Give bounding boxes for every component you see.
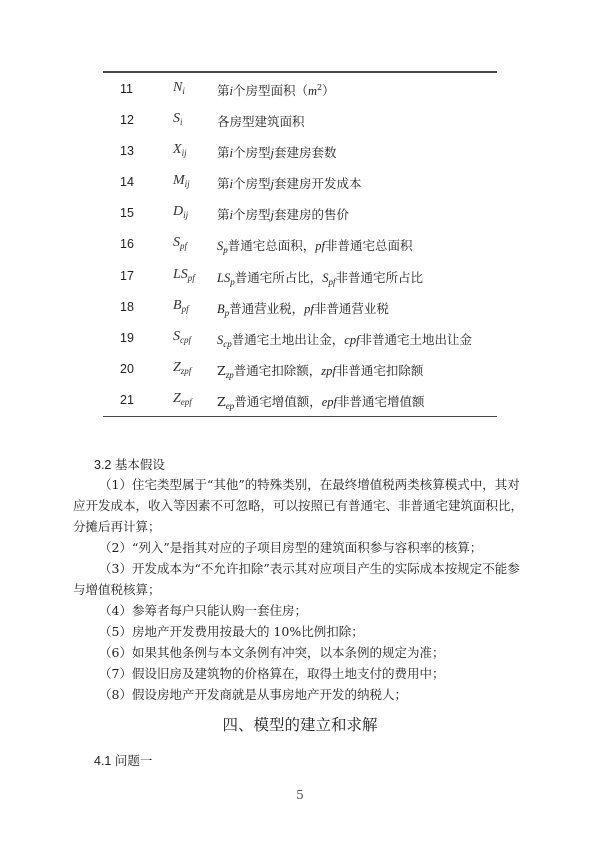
assumption-5: （5）房地产开发费用按最大的 10%比例扣除；	[73, 621, 529, 642]
symbol-base: D	[173, 204, 183, 219]
assumption-6: （6）如果其他条例与本文条例有冲突，以本条例的规定为准；	[73, 642, 529, 663]
symbol-description: Sp普通宅总面积，pf非普通宅总面积	[217, 236, 413, 256]
table-row: 16SpfSp普通宅总面积，pf非普通宅总面积	[103, 228, 497, 259]
symbol: Mij	[173, 173, 190, 189]
symbol-description: Bp普通营业税，pf非普通营业税	[217, 299, 389, 319]
symbol-subscript: pf	[180, 241, 187, 251]
symbol-subscript: ij	[182, 148, 187, 158]
symbol: Spf	[173, 235, 187, 251]
symbol-description: 第i个房型j套建房开发成本	[217, 174, 362, 192]
table-row: 17LSpfLSp普通宅所占比，Spf非普通宅所占比	[103, 260, 497, 291]
symbol-subscript: pf	[188, 273, 195, 283]
row-number: 17	[120, 269, 134, 283]
row-number: 21	[120, 393, 134, 407]
table-row: 20ZzpfZzp普通宅扣除额，zpf非普通宅扣除额	[103, 353, 497, 384]
symbol-description: Scp普通宅土地出让金，cpf非普通宅土地出让金	[217, 330, 472, 350]
symbol-base: S	[173, 329, 180, 344]
symbol-base: M	[173, 173, 185, 188]
symbol: Si	[173, 111, 183, 127]
row-number: 15	[120, 206, 134, 220]
assumption-2: （2）“列入”是指其对应的子项目房型的建筑面积参与容积率的核算；	[73, 537, 529, 558]
row-number: 19	[120, 331, 134, 345]
symbol: Zepf	[173, 391, 192, 407]
row-number: 11	[120, 82, 133, 96]
assumption-3: （3）开发成本为“不允许扣除”表示其对应项目产生的实际成本按规定不能参与增值税核…	[73, 558, 529, 600]
table-row: 19ScpfScp普通宅土地出让金，cpf非普通宅土地出让金	[103, 322, 497, 353]
symbol-description: 第i个房型面积（m2）	[217, 81, 335, 99]
assumption-1: （1）住宅类型属于“其他”的特殊类别，在最终增值税两类核算模式中，其对应开发成本…	[73, 474, 529, 537]
symbol-description: 各房型建筑面积	[217, 112, 305, 130]
row-number: 13	[120, 144, 134, 158]
table-row: 18BpfBp普通营业税，pf非普通营业税	[103, 291, 497, 322]
row-number: 12	[120, 113, 134, 127]
chapter-title: 四、模型的建立和求解	[0, 713, 600, 735]
symbol: Bpf	[173, 298, 189, 314]
symbol-base: Z	[173, 360, 181, 375]
symbol-description: Zzp普通宅扣除额，zpf非普通宅扣除额	[217, 361, 423, 381]
row-number: 18	[120, 300, 134, 314]
symbol-subscript: cpf	[180, 335, 191, 345]
table-row: 15Dij第i个房型j套建房的售价	[103, 197, 497, 228]
symbol-table: 11Ni第i个房型面积（m2）12Si各房型建筑面积13Xij第i个房型j套建房…	[103, 71, 497, 417]
symbol-description: 第i个房型j套建房套数	[217, 143, 337, 161]
page-number: 5	[0, 787, 600, 802]
symbol-subscript: epf	[181, 397, 192, 407]
symbol-base: LS	[173, 267, 188, 282]
symbol-subscript: ij	[185, 179, 190, 189]
assumption-4: （4）参筹者每户只能认购一套住房；	[73, 600, 529, 621]
subsection-heading-4-1: 4.1 问题一	[94, 751, 152, 769]
row-number: 16	[120, 237, 134, 251]
table-body: 11Ni第i个房型面积（m2）12Si各房型建筑面积13Xij第i个房型j套建房…	[103, 73, 497, 416]
symbol-base: B	[173, 298, 182, 313]
symbol-base: S	[173, 235, 180, 250]
symbol-subscript: i	[180, 117, 183, 127]
document-page: 11Ni第i个房型面积（m2）12Si各房型建筑面积13Xij第i个房型j套建房…	[0, 0, 600, 848]
symbol: Zzpf	[173, 360, 191, 376]
symbol-description: Zep普通宅增值额，epf非普通宅增值额	[217, 392, 425, 412]
row-number: 20	[120, 362, 134, 376]
symbol: Xij	[173, 142, 187, 158]
row-number: 14	[120, 175, 134, 189]
symbol-subscript: pf	[182, 304, 189, 314]
table-row: 13Xij第i个房型j套建房套数	[103, 135, 497, 166]
table-row: 21ZepfZep普通宅增值额，epf非普通宅增值额	[103, 384, 497, 415]
symbol-base: N	[173, 80, 182, 95]
symbol-base: S	[173, 111, 180, 126]
assumption-8: （8）假设房地产开发商就是从事房地产开发的纳税人；	[73, 684, 529, 705]
symbol-subscript: zpf	[181, 366, 192, 376]
table-row: 11Ni第i个房型面积（m2）	[103, 73, 497, 104]
section-heading-3-2: 3.2 基本假设	[94, 455, 165, 473]
assumption-7: （7）假设旧房及建筑物的价格算在，取得土地支付的费用中；	[73, 663, 529, 684]
symbol: Scpf	[173, 329, 191, 345]
table-row: 14Mij第i个房型j套建房开发成本	[103, 166, 497, 197]
symbol-description: 第i个房型j套建房的售价	[217, 205, 349, 223]
symbol: Ni	[173, 80, 185, 96]
table-row: 12Si各房型建筑面积	[103, 104, 497, 135]
symbol-description: LSp普通宅所占比，Spf非普通宅所占比	[217, 268, 423, 288]
symbol-base: Z	[173, 391, 181, 406]
symbol-subscript: ij	[183, 210, 188, 220]
symbol: Dij	[173, 204, 188, 220]
symbol-subscript: i	[182, 86, 185, 96]
symbol: LSpf	[173, 267, 195, 283]
table-bottom-rule	[103, 416, 497, 418]
symbol-base: X	[173, 142, 182, 157]
